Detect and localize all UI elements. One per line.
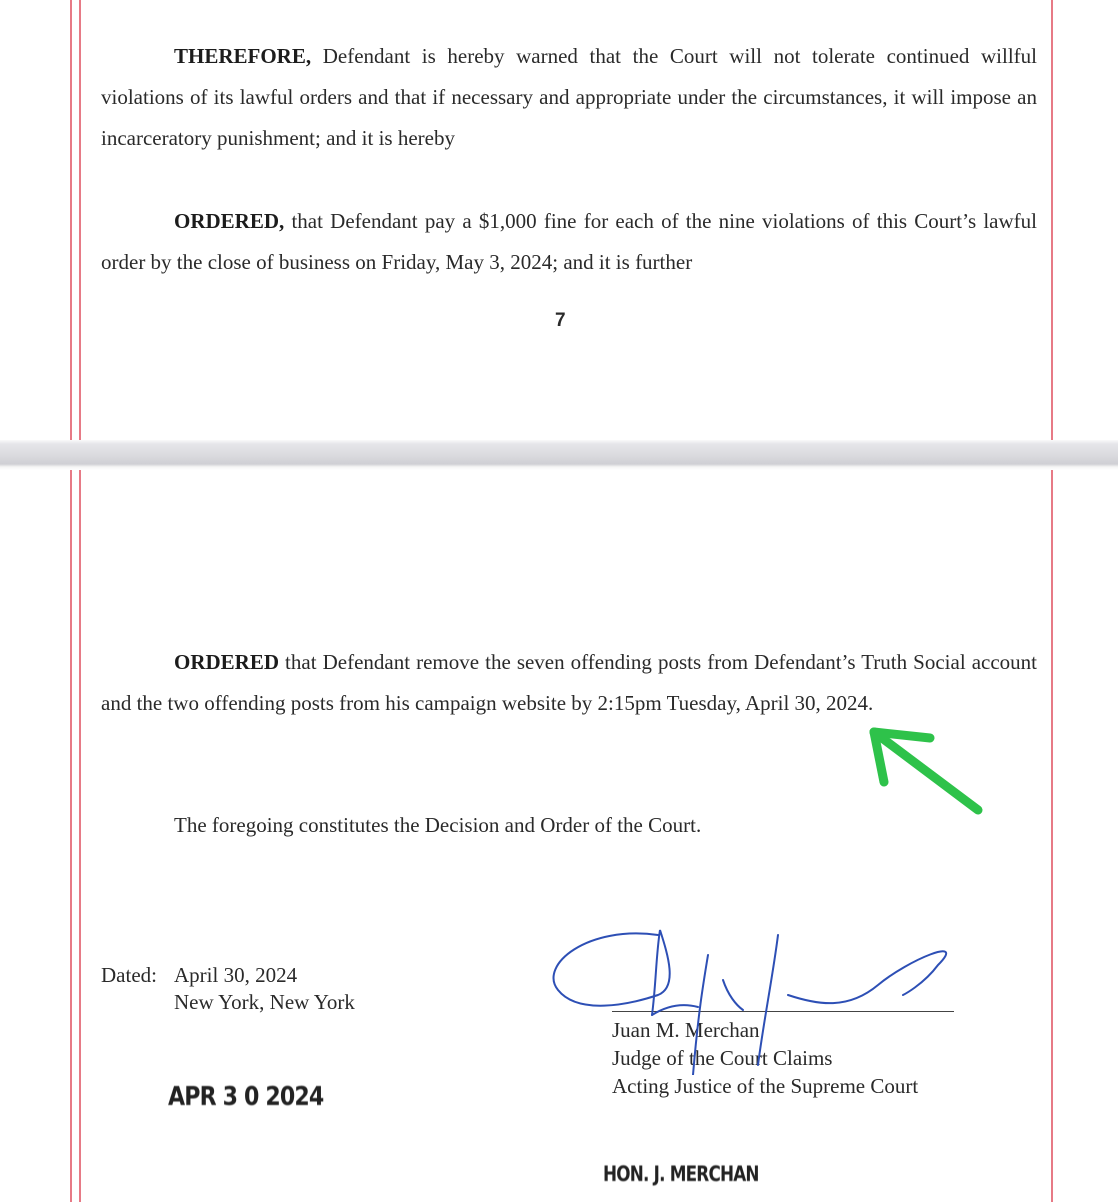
signature-icon — [548, 915, 958, 1075]
dated-label: Dated: — [101, 962, 157, 989]
ordered-fine-paragraph: ORDERED, that Defendant pay a $1,000 fin… — [101, 201, 1037, 283]
right-margin-line — [1051, 470, 1053, 1202]
page-divider — [0, 440, 1118, 470]
page-number: 7 — [555, 310, 566, 332]
left-margin-line-inner — [79, 0, 81, 440]
dated-value: April 30, 2024 — [174, 962, 297, 989]
left-margin-line — [70, 0, 72, 440]
document-page-7: THEREFORE, Defendant is hereby warned th… — [0, 0, 1118, 440]
date-stamp: APR 3 0 2024 — [168, 1082, 323, 1112]
left-margin-line — [70, 470, 72, 1202]
therefore-paragraph: THEREFORE, Defendant is hereby warned th… — [101, 36, 1037, 159]
green-arrow-annotation-icon — [860, 720, 990, 820]
ordered-remove-paragraph: ORDERED that Defendant remove the seven … — [101, 642, 1037, 724]
right-margin-line — [1051, 0, 1053, 440]
left-margin-line-inner — [79, 470, 81, 1202]
dated-place: New York, New York — [174, 989, 355, 1016]
document-page-8: ORDERED that Defendant remove the seven … — [0, 470, 1118, 1202]
closing-statement: The foregoing constitutes the Decision a… — [174, 812, 701, 839]
signer-title-2: Acting Justice of the Supreme Court — [612, 1073, 918, 1100]
name-stamp: HON. J. MERCHAN — [603, 1162, 759, 1186]
